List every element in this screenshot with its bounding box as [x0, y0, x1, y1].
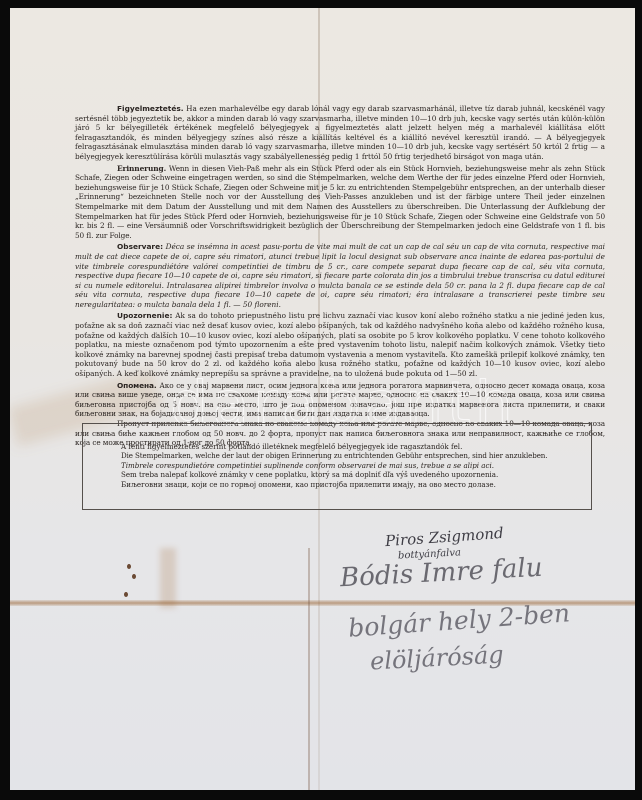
notice-hungarian: Figyelmeztetés. Ha ezen marhalevélbe egy…: [75, 104, 605, 162]
stamp-box-line-german: Die Stempelmarken, welche der laut der o…: [121, 451, 581, 460]
notice-lead: Observare:: [117, 242, 163, 251]
notice-lead: Erinnerung.: [117, 164, 166, 173]
stamp-box-line-serbian: Биљеговни знаци, који се по горњој опоме…: [121, 480, 581, 489]
stamp-box-line-slovak: Sem treba nalepať kolkové známky v cene …: [121, 470, 581, 479]
notice-lead: Опомена.: [117, 381, 157, 390]
handwritten-name: Piros Zsigmond: [385, 524, 505, 550]
stamp-box: A fenti figyelmeztetés szerint pótlandó …: [82, 423, 592, 510]
document-page: Figyelmeztetés. Ha ezen marhalevélbe egy…: [10, 8, 635, 790]
stain-spot: [124, 592, 128, 597]
handwritten-signature: Bódis Imre falu: [339, 553, 543, 594]
stain-spot: [132, 574, 136, 579]
notice-lead: Upozornenie:: [117, 311, 172, 320]
handwritten-signature: elöljáróság: [369, 641, 504, 676]
notice-lead: Figyelmeztetés.: [117, 104, 184, 113]
notice-romanian: Observare: Déca se insémna in acest pasu…: [75, 242, 605, 309]
stain: [160, 548, 176, 608]
stamp-box-line-romanian: Timbrele corespundietóre competintiei su…: [121, 461, 581, 470]
notice-german: Erinnerung. Wenn in diesen Vieh-Paß mehr…: [75, 164, 605, 241]
stamp-box-line-hungarian: A fenti figyelmeztetés szerint pótlandó …: [121, 442, 581, 451]
crease: [308, 548, 310, 790]
stain-spot: [127, 564, 131, 569]
stamp-box-text: A fenti figyelmeztetés szerint pótlandó …: [121, 442, 581, 489]
